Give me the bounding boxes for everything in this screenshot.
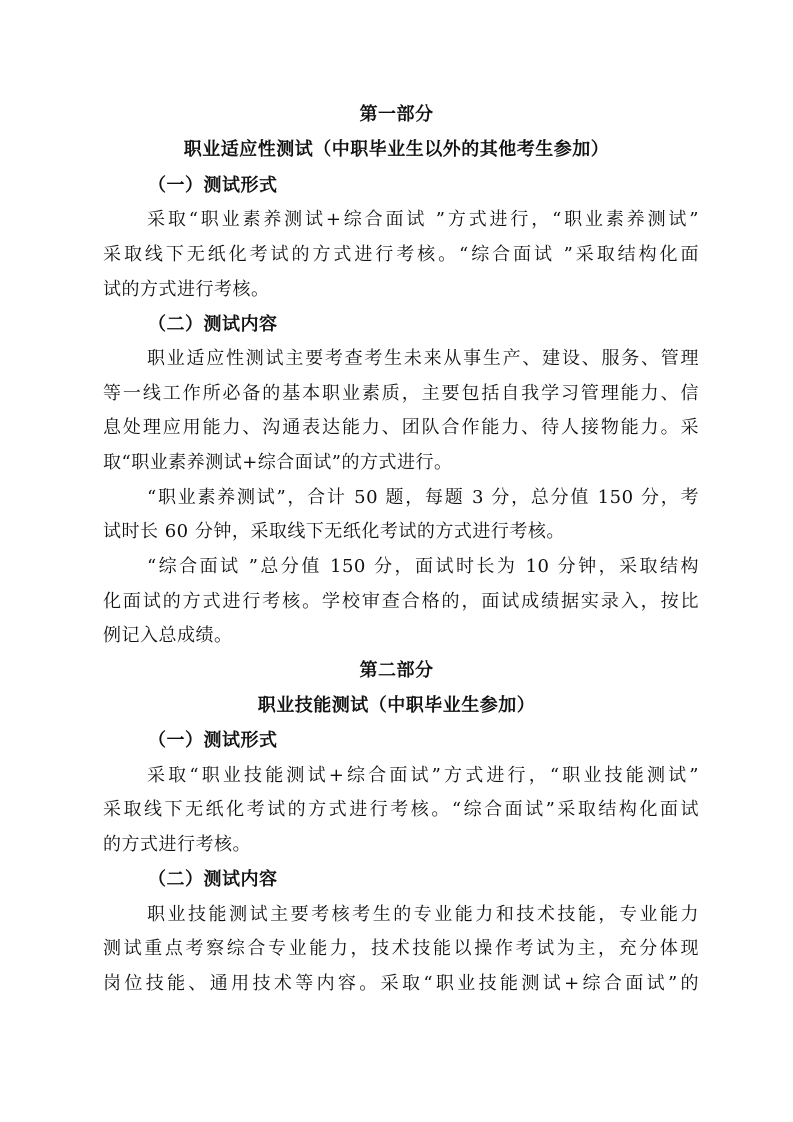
paragraph-line: “职业素养测试”，合计 50 题，每题 3 分，总分值 150 分，考 <box>147 486 699 510</box>
paragraph-line: 采取“职业素养测试+综合面试 ”方式进行，“职业素养测试” <box>147 208 699 232</box>
paragraph-line: 职业适应性测试主要考查考生未来从事生产、建设、服务、管理 <box>147 347 699 371</box>
paragraph-line: 测试重点考察综合专业能力，技术技能以操作考试为主，充分体现 <box>103 937 699 961</box>
paragraph-line: 例记入总成绩。 <box>103 624 699 648</box>
paragraph-line: 等一线工作所必备的基本职业素质，主要包括自我学习管理能力、信 <box>103 382 699 406</box>
part2-section1-heading: （一）测试形式 <box>148 729 744 753</box>
paragraph-line: “综合面试 ”总分值 150 分，面试时长为 10 分钟，采取结构 <box>147 555 699 579</box>
paragraph-line: 的方式进行考核。 <box>103 833 699 857</box>
paragraph-line: 取“职业素养测试+综合面试”的方式进行。 <box>103 451 699 475</box>
paragraph-line: 化面试的方式进行考核。学校审查合格的，面试成绩据实录入，按比 <box>103 590 699 614</box>
part1-heading: 第一部分 <box>0 103 793 127</box>
paragraph-line: 试的方式进行考核。 <box>103 278 699 302</box>
paragraph-line: 采取“职业技能测试+综合面试”方式进行，“职业技能测试” <box>147 764 699 788</box>
part1-title: 职业适应性测试（中职毕业生以外的其他考生参加） <box>0 138 793 162</box>
paragraph-line: 岗位技能、通用技术等内容。采取“职业技能测试+综合面试”的 <box>103 972 699 996</box>
paragraph-line: 息处理应用能力、沟通表达能力、团队合作能力、待人接物能力。采 <box>103 416 699 440</box>
paragraph-line: 采取线下无纸化考试的方式进行考核。“综合面试”采取结构化面试 <box>103 798 699 822</box>
paragraph-line: 职业技能测试主要考核考生的专业能力和技术技能，专业能力 <box>147 903 699 927</box>
paragraph-line: 试时长 60 分钟，采取线下无纸化考试的方式进行考核。 <box>103 520 699 544</box>
part1-section1-heading: （一）测试形式 <box>148 174 744 198</box>
part2-heading: 第二部分 <box>0 659 793 683</box>
paragraph-line: 采取线下无纸化考试的方式进行考核。“综合面试 ”采取结构化面 <box>103 243 699 267</box>
part1-section2-heading: （二）测试内容 <box>148 313 744 337</box>
part2-section2-heading: （二）测试内容 <box>148 868 744 892</box>
part2-title: 职业技能测试（中职毕业生参加） <box>0 694 793 718</box>
document-page: 第一部分 职业适应性测试（中职毕业生以外的其他考生参加） （一）测试形式 采取“… <box>0 0 793 1122</box>
